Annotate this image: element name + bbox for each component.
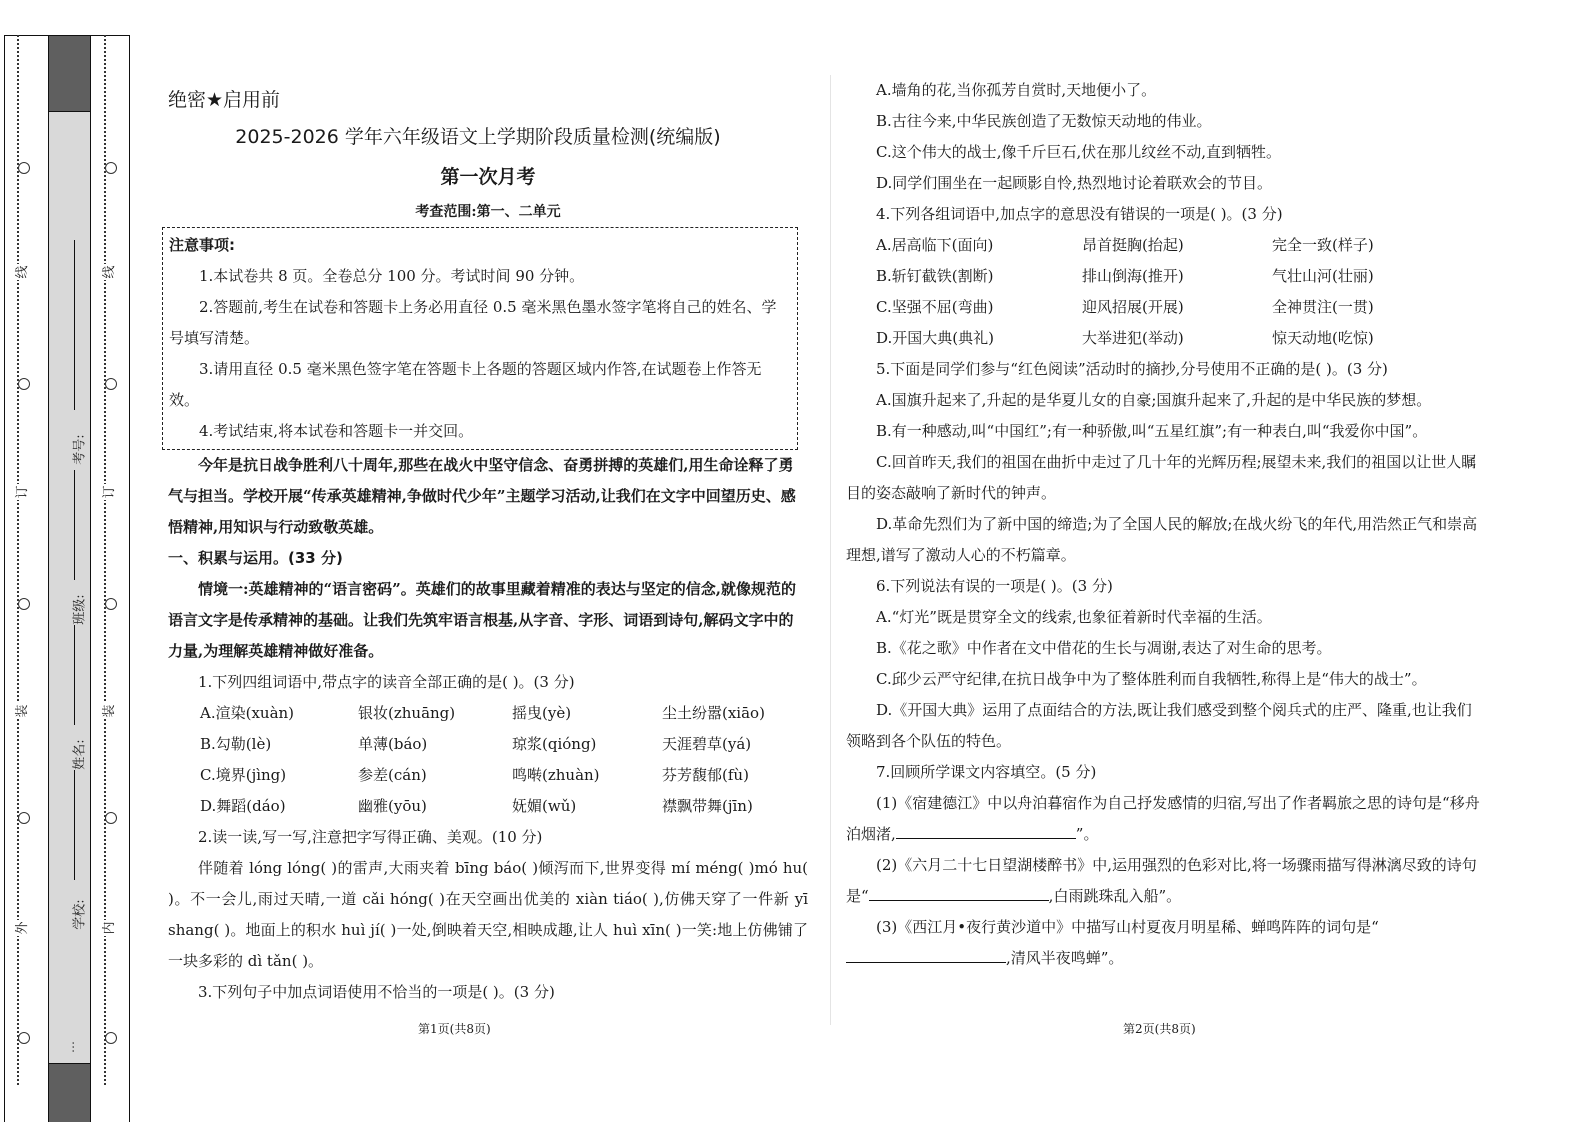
context-paragraph: 情境一:英雄精神的“语言密码”。英雄们的故事里藏着精准的表达与坚定的信念,就像规… <box>168 574 808 667</box>
q1-b-2: 单薄(báo) <box>358 729 512 760</box>
inner-mark: 线 <box>102 264 118 280</box>
page-number-2: 第2页(共8页) <box>1123 1020 1196 1037</box>
q1-d-2: 幽雅(yōu) <box>358 791 512 822</box>
q4-b-2: 排山倒海(推开) <box>1082 261 1272 292</box>
answer-blank[interactable] <box>846 944 1006 963</box>
band-dark-bottom <box>49 1063 90 1122</box>
ellipsis: … <box>63 1041 77 1053</box>
school-line[interactable] <box>74 770 75 880</box>
inner-mark: 订 <box>102 484 118 500</box>
q7-stem: 7.回顾所学课文内容填空。(5 分) <box>846 757 1486 788</box>
q4-c-2: 迎风招展(开展) <box>1082 292 1272 323</box>
q6-option-c: C.邱少云严守纪律,在抗日战争中为了整体胜利而自我牺牲,称得上是“伟大的战士”。 <box>846 664 1486 695</box>
answer-blank[interactable] <box>869 882 1049 901</box>
q1-a-1: A.渲染(xuàn) <box>200 698 358 729</box>
q3-option-a: A.墙角的花,当你孤芳自赏时,天地便小了。 <box>846 75 1486 106</box>
name-line[interactable] <box>74 625 75 725</box>
q2-passage: 伴随着 lóng lóng( )的雷声,大雨夹着 bīng báo( )倾泻而下… <box>168 853 808 977</box>
q1-stem: 1.下列四组词语中,带点字的读音全部正确的是( )。(3 分) <box>168 667 808 698</box>
q1-b-1: B.勾勒(lè) <box>200 729 358 760</box>
q4-options: A.居高临下(面向) 昂首挺胸(抬起) 完全一致(样子) B.斩钉截铁(割断) … <box>846 230 1486 354</box>
q7-item-1: (1)《宿建德江》中以舟泊暮宿作为自己抒发感情的归宿,写出了作者羁旅之思的诗句是… <box>846 788 1486 850</box>
exam-scope: 考查范围:第一、二单元 <box>168 197 808 227</box>
page-1: 绝密★启用前 2025-2026 学年六年级语文上学期阶段质量检测(统编版) 第… <box>168 75 808 1008</box>
q5-option-d: D.革命先烈们为了新中国的缔造;为了全国人民的解放;在战火纷飞的年代,用浩然正气… <box>846 509 1486 571</box>
binding-margin <box>4 35 130 1122</box>
page-number-1: 第1页(共8页) <box>418 1020 491 1037</box>
q1-b-3: 琼浆(qióng) <box>512 729 662 760</box>
outer-mark: 订 <box>15 484 31 500</box>
exam-number-line[interactable] <box>74 240 75 410</box>
q6-stem: 6.下列说法有误的一项是( )。(3 分) <box>846 571 1486 602</box>
q1-c-4: 芬芳馥郁(fù) <box>662 760 822 791</box>
q1-b-4: 天涯碧草(yá) <box>662 729 822 760</box>
q1-c-3: 鸣啭(zhuàn) <box>512 760 662 791</box>
q6-option-a: A.“灯光”既是贯穿全文的线索,也象征着新时代幸福的生活。 <box>846 602 1486 633</box>
q7-item-3: (3)《西江月•夜行黄沙道中》中描写山村夏夜月明星稀、蝉鸣阵阵的词句是“,清风半… <box>846 912 1486 974</box>
q1-options: A.渲染(xuàn) 银妆(zhuāng) 摇曳(yè) 尘土纷嚣(xiāo) … <box>168 698 808 822</box>
q1-d-1: D.舞蹈(dáo) <box>200 791 358 822</box>
notice-item: 2.答题前,考生在试卷和答题卡上务必用直径 0.5 毫米黑色墨水签字笔将自己的姓… <box>169 292 791 354</box>
circle-mark <box>105 378 117 390</box>
q3-option-d: D.同学们围坐在一起顾影自怜,热烈地讨论着联欢会的节目。 <box>846 168 1486 199</box>
q1-a-4: 尘土纷嚣(xiāo) <box>662 698 822 729</box>
q7-item-2: (2)《六月二十七日望湖楼醉书》中,运用强烈的色彩对比,将一场骤雨描写得淋漓尽致… <box>846 850 1486 912</box>
circle-mark <box>105 162 117 174</box>
q1-a-3: 摇曳(yè) <box>512 698 662 729</box>
section-heading: 一、积累与运用。(33 分) <box>168 543 808 574</box>
circle-mark <box>18 162 30 174</box>
page-divider <box>830 75 831 1025</box>
name-label: 姓名: <box>69 735 88 775</box>
circle-mark <box>18 378 30 390</box>
outer-mark: 外 <box>15 920 31 936</box>
school-label: 学校: <box>69 895 88 935</box>
circle-mark <box>18 598 30 610</box>
class-label: 班级: <box>69 590 88 630</box>
q5-stem: 5.下面是同学们参与“红色阅读”活动时的摘抄,分号使用不正确的是( )。(3 分… <box>846 354 1486 385</box>
outer-mark: 装 <box>15 703 31 719</box>
q6-option-b: B.《花之歌》中作者在文中借花的生长与凋谢,表达了对生命的思考。 <box>846 633 1486 664</box>
inner-mark: 内 <box>102 920 118 936</box>
notice-item: 3.请用直径 0.5 毫米黑色签字笔在答题卡上各题的答题区域内作答,在试题卷上作… <box>169 354 791 416</box>
circle-mark <box>105 598 117 610</box>
notice-item: 1.本试卷共 8 页。全卷总分 100 分。考试时间 90 分钟。 <box>169 261 791 292</box>
exam-subtitle: 第一次月考 <box>168 157 808 197</box>
q2-stem: 2.读一读,写一写,注意把字写得正确、美观。(10 分) <box>168 822 808 853</box>
q3-option-c: C.这个伟大的战士,像千斤巨石,伏在那儿纹丝不动,直到牺牲。 <box>846 137 1486 168</box>
exam-number-label: 考号: <box>69 430 88 470</box>
answer-blank[interactable] <box>896 820 1076 839</box>
notice-item: 4.考试结束,将本试卷和答题卡一并交回。 <box>169 416 791 447</box>
inner-mark: 装 <box>102 703 118 719</box>
q4-d-3: 惊天动地(吃惊) <box>1272 323 1462 354</box>
q4-c-3: 全神贯注(一贯) <box>1272 292 1462 323</box>
circle-mark <box>18 1032 30 1044</box>
q5-option-a: A.国旗升起来了,升起的是华夏儿女的自豪;国旗升起来了,升起的是中华民族的梦想。 <box>846 385 1486 416</box>
q1-d-4: 襟飘带舞(jīn) <box>662 791 822 822</box>
q4-d-1: D.开国大典(典礼) <box>876 323 1082 354</box>
q4-d-2: 大举进犯(举动) <box>1082 323 1272 354</box>
q1-a-2: 银妆(zhuāng) <box>358 698 512 729</box>
notice-box: 注意事项: 1.本试卷共 8 页。全卷总分 100 分。考试时间 90 分钟。 … <box>162 227 798 450</box>
outer-mark: 线 <box>15 264 31 280</box>
q4-c-1: C.坚强不屈(弯曲) <box>876 292 1082 323</box>
q4-b-3: 气壮山河(壮丽) <box>1272 261 1462 292</box>
circle-mark <box>105 812 117 824</box>
q5-option-c: C.回首昨天,我们的祖国在曲折中走过了几十年的光辉历程;展望未来,我们的祖国以让… <box>846 447 1486 509</box>
q3-stem: 3.下列句子中加点词语使用不恰当的一项是( )。(3 分) <box>168 977 808 1008</box>
class-line[interactable] <box>74 470 75 580</box>
page-2: A.墙角的花,当你孤芳自赏时,天地便小了。 B.古往今来,中华民族创造了无数惊天… <box>846 75 1486 974</box>
secret-label: 绝密★启用前 <box>168 83 808 117</box>
q5-option-b: B.有一种感动,叫“中国红”;有一种骄傲,叫“五星红旗”;有一种表白,叫“我爱你… <box>846 416 1486 447</box>
binding-info-band <box>48 36 91 1122</box>
q6-option-d: D.《开国大典》运用了点面结合的方法,既让我们感受到整个阅兵式的庄严、隆重,也让… <box>846 695 1486 757</box>
circle-mark <box>105 1032 117 1044</box>
q1-c-1: C.境界(jìng) <box>200 760 358 791</box>
q1-c-2: 参差(cán) <box>358 760 512 791</box>
band-dark-top <box>49 36 90 112</box>
q3-option-b: B.古往今来,中华民族创造了无数惊天动地的伟业。 <box>846 106 1486 137</box>
exam-title: 2025-2026 学年六年级语文上学期阶段质量检测(统编版) <box>148 117 808 157</box>
notice-heading: 注意事项: <box>169 230 791 261</box>
intro-paragraph: 今年是抗日战争胜利八十周年,那些在战火中坚守信念、奋勇拼搏的英雄们,用生命诠释了… <box>168 450 808 543</box>
q4-b-1: B.斩钉截铁(割断) <box>876 261 1082 292</box>
circle-mark <box>18 812 30 824</box>
q1-d-3: 妩媚(wǔ) <box>512 791 662 822</box>
q4-a-2: 昂首挺胸(抬起) <box>1082 230 1272 261</box>
q4-stem: 4.下列各组词语中,加点字的意思没有错误的一项是( )。(3 分) <box>846 199 1486 230</box>
q4-a-1: A.居高临下(面向) <box>876 230 1082 261</box>
q4-a-3: 完全一致(样子) <box>1272 230 1462 261</box>
